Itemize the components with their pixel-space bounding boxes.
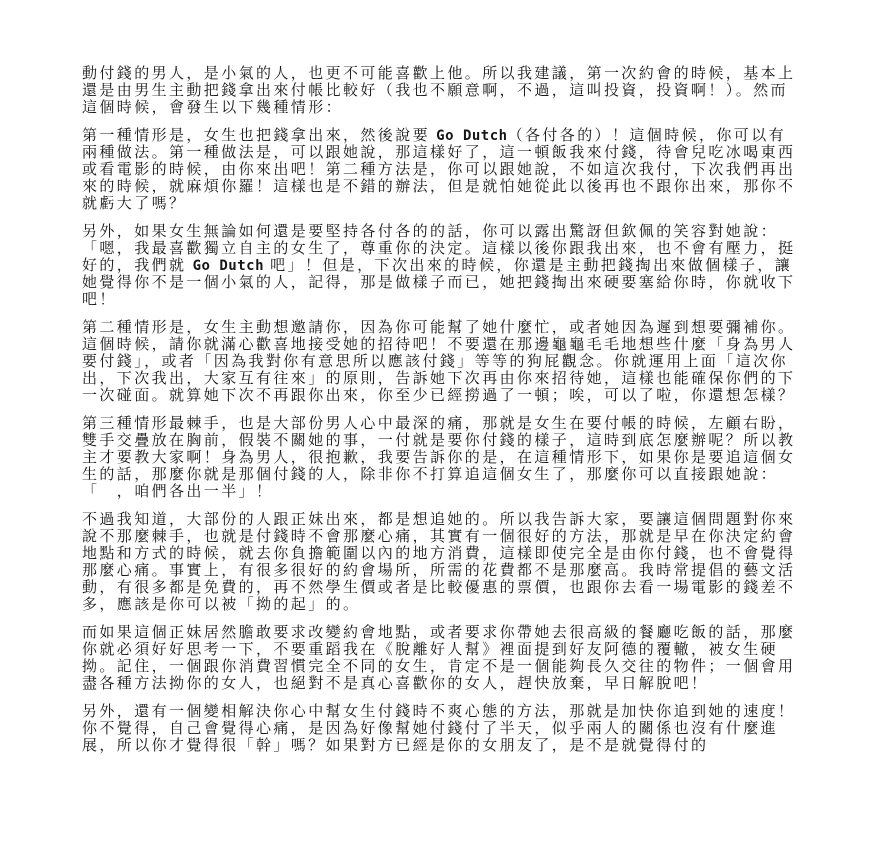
paragraph-1: 動付錢的男人，是小氣的人，也更不可能喜歡上他。所以我建議，第一次約會的時候，基本… [82, 66, 796, 117]
document-page: 動付錢的男人，是小氣的人，也更不可能喜歡上他。所以我建議，第一次約會的時候，基本… [0, 0, 870, 842]
text-run: 另外，還有一個變相解決你心中幫女生付錢時不爽心態的方法，那就是加快你追到她的速度… [82, 704, 795, 754]
paragraph-5: 第三種情形最棘手，也是大部份男人心中最深的痛，那就是女生在要付帳的時候，左顧右盼… [82, 416, 796, 501]
paragraph-8: 另外，還有一個變相解決你心中幫女生付錢時不爽心態的方法，那就是加快你追到她的速度… [82, 704, 796, 755]
text-run: 不過我知道，大部份的人跟正妹出來，都是想追她的。所以我告訴大家，要讓這個問題對你… [82, 512, 795, 613]
text-run: 而如果這個正妹居然膽敢要求改變約會地點，或者要求你帶她去很高級的餐廳吃飯的話，那… [82, 625, 795, 692]
paragraph-2: 第一種情形是，女生也把錢拿出來，然後說要 Go Dutch（各付各的）！這個時候… [82, 128, 796, 213]
text-run: 動付錢的男人，是小氣的人，也更不可能喜歡上他。所以我建議，第一次約會的時候，基本… [82, 66, 795, 116]
text-run: 第三種情形最棘手，也是大部份男人心中最深的痛，那就是女生在要付帳的時候，左顧右盼… [82, 416, 795, 500]
paragraph-3: 另外，如果女生無論如何還是要堅持各付各的的話，你可以露出驚訝但欽佩的笑容對她說：… [82, 224, 796, 309]
paragraph-6: 不過我知道，大部份的人跟正妹出來，都是想追她的。所以我告訴大家，要讓這個問題對你… [82, 512, 796, 614]
paragraph-7: 而如果這個正妹居然膽敢要求改變約會地點，或者要求你帶她去很高級的餐廳吃飯的話，那… [82, 625, 796, 693]
latin-bold-text: Go Dutch [436, 128, 507, 144]
text-run: 第一種情形是，女生也把錢拿出來，然後說要 [82, 128, 436, 144]
latin-bold-text: Go Dutch [193, 258, 264, 274]
text-run: 第二種情形是，女生主動想邀請你，因為你可能幫了她什麼忙，或者她因為遲到想要彌補你… [82, 320, 795, 404]
document-body: 動付錢的男人，是小氣的人，也更不可能喜歡上他。所以我建議，第一次約會的時候，基本… [82, 66, 796, 755]
paragraph-4: 第二種情形是，女生主動想邀請你，因為你可能幫了她什麼忙，或者她因為遲到想要彌補你… [82, 320, 796, 405]
